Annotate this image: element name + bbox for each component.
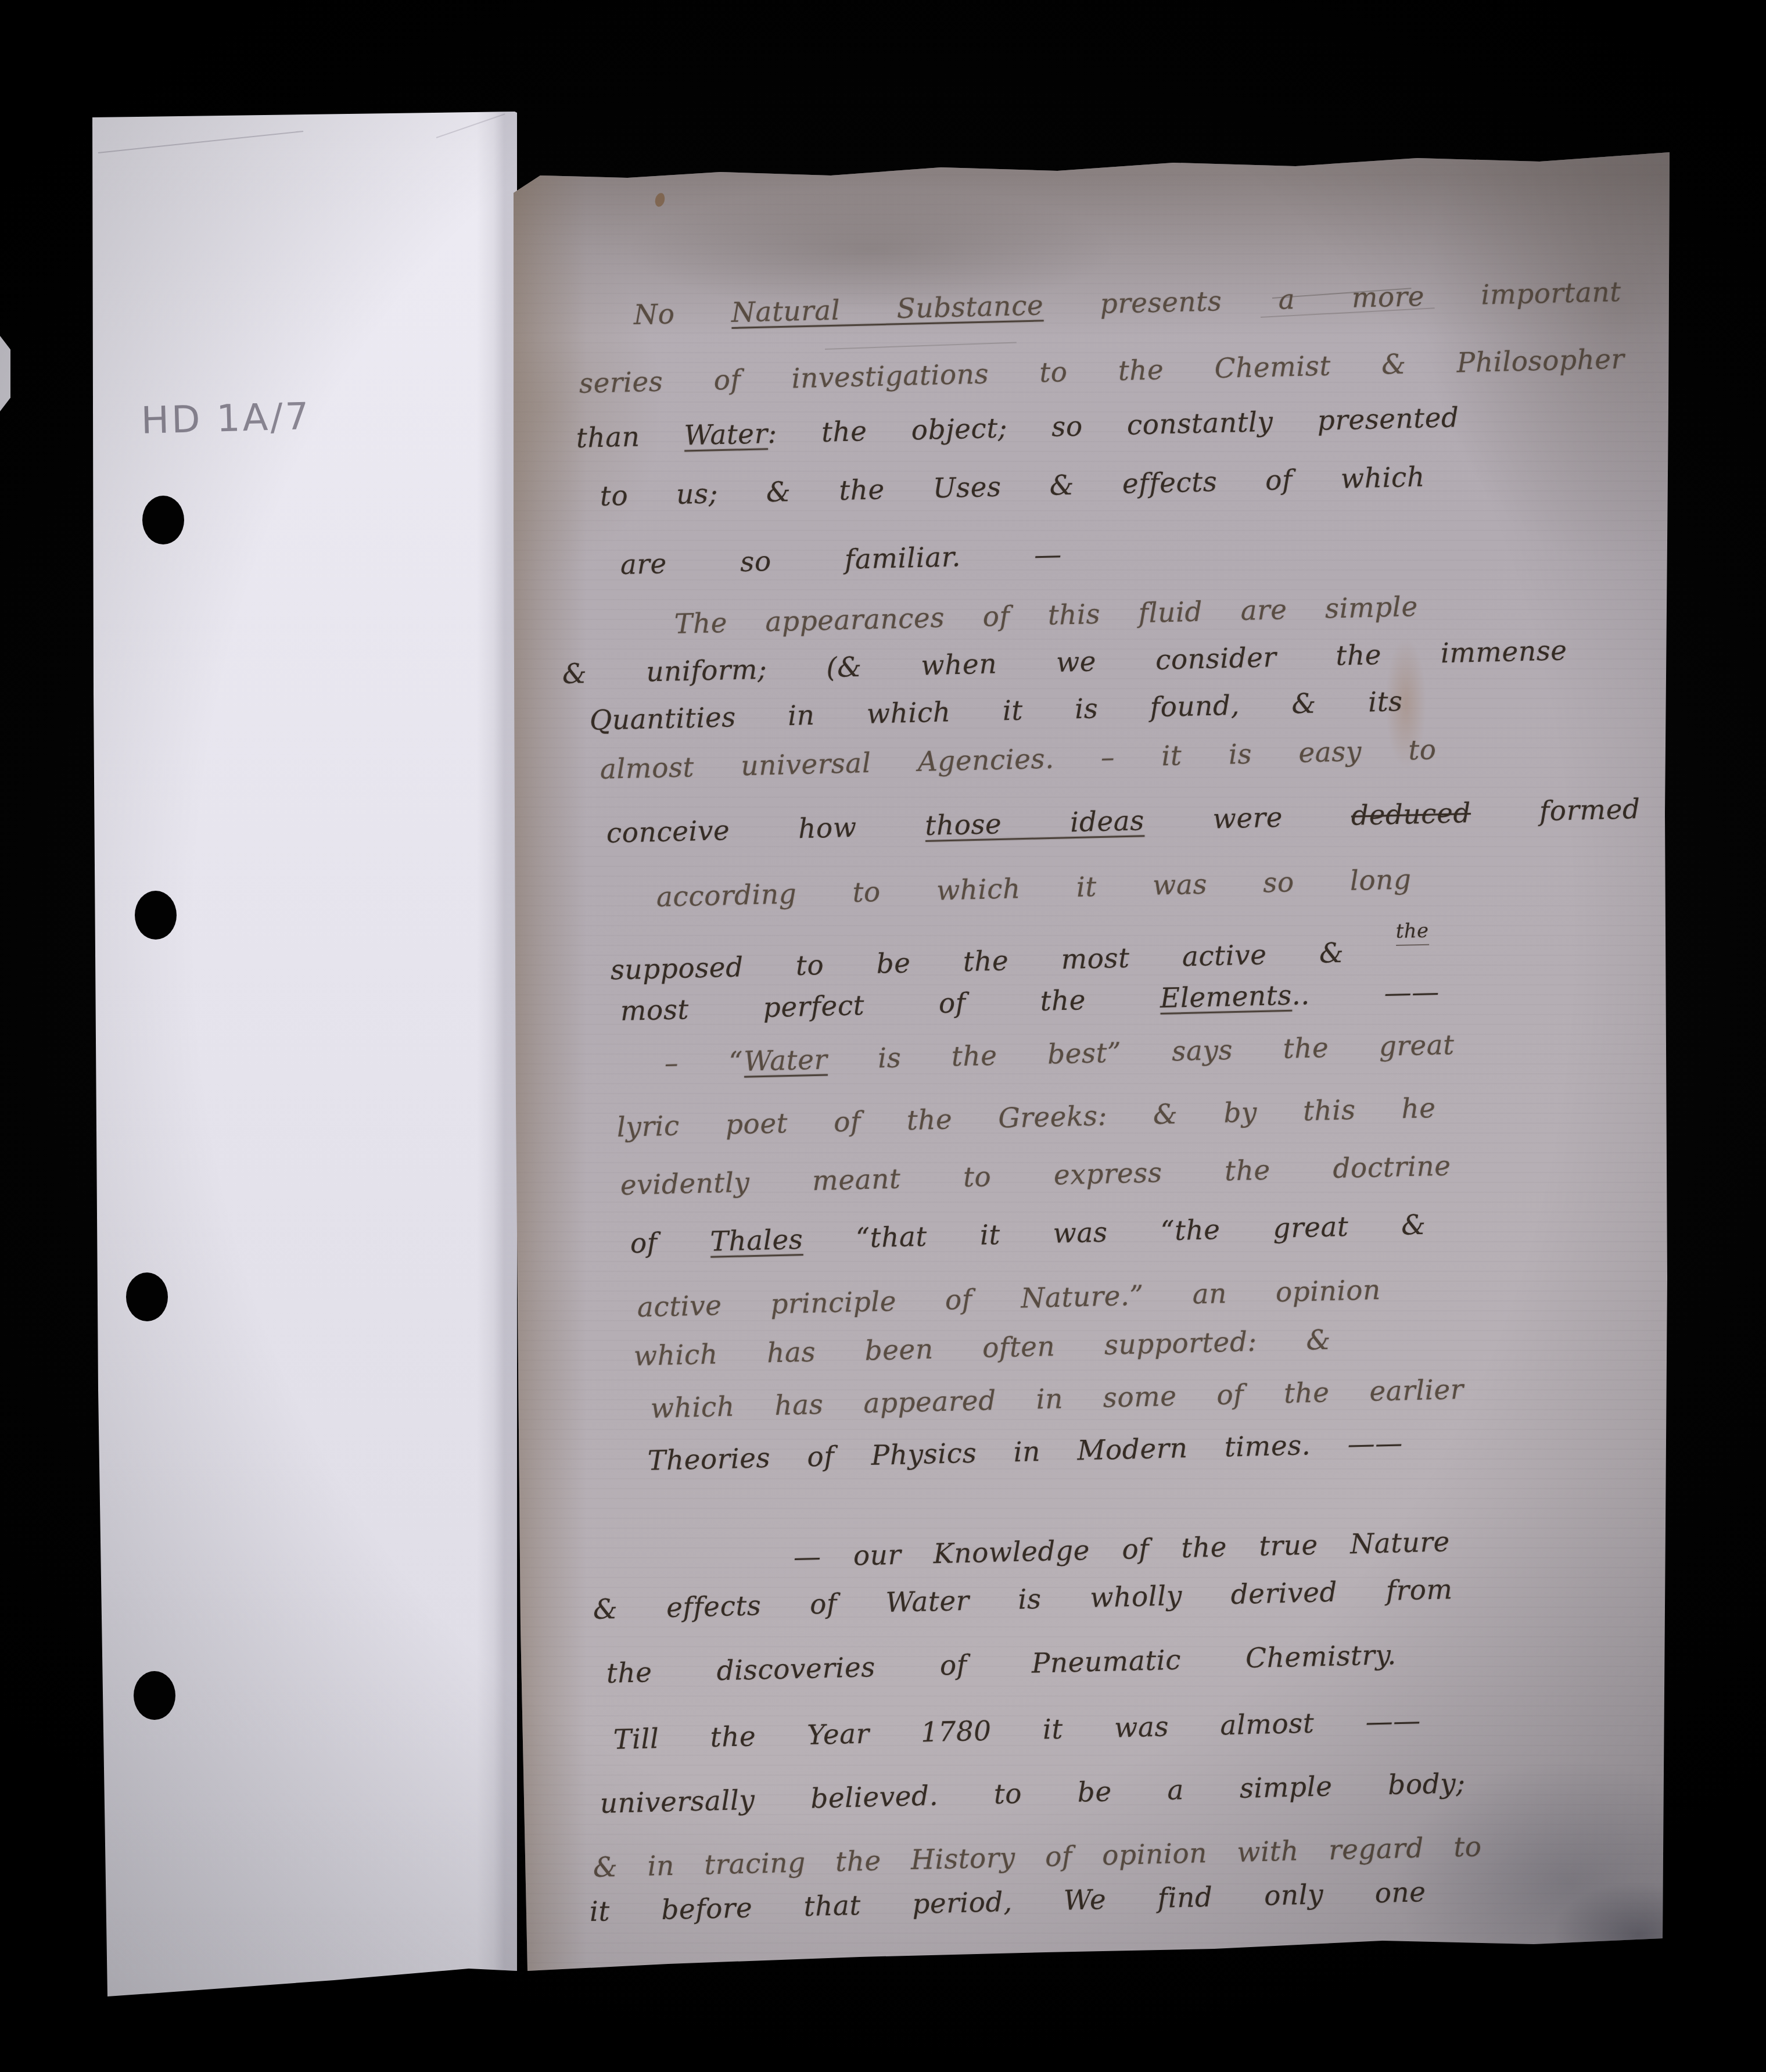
- handwriting-segment: : the object; so constantly presented: [767, 402, 1459, 450]
- handwriting-segment: formed: [1470, 793, 1641, 829]
- handwriting-line: are so familiar. —: [620, 536, 1062, 587]
- handwriting-segment: deduced: [1351, 797, 1471, 832]
- handwriting-segment: almost universal Agencies. – it is easy …: [600, 734, 1437, 786]
- handwriting-segment: were: [1144, 800, 1351, 837]
- handwriting-segment: active principle of Nature.” an opinion: [637, 1274, 1381, 1324]
- handwriting-segment: The appearances of this fluid are simple: [674, 591, 1418, 640]
- handwriting-segment: than: [576, 420, 684, 454]
- handwriting-segment: series of investigations to the Chemist …: [579, 343, 1625, 400]
- handwriting-segment: Till the Year 1780 it was almost ——: [613, 1705, 1421, 1756]
- handwriting-line: evidently meant to express the doctrine: [620, 1147, 1451, 1207]
- handwriting-line: — our Knowledge of the true Nature: [793, 1523, 1450, 1579]
- handwriting-segment: is the best” says the great: [827, 1029, 1455, 1076]
- handwriting-line: Till the Year 1780 it was almost ——: [613, 1702, 1421, 1762]
- handwriting-line: to us; & the Uses & effects of which: [600, 458, 1425, 518]
- handwriting-line: lyric poet of the Greeks: & by this he: [616, 1089, 1436, 1149]
- handwriting-line: conceive how those ideas were deduced fo…: [606, 790, 1641, 855]
- handwriting-line: according to which it was so long: [656, 861, 1412, 919]
- handwriting-segment: conceive how: [606, 810, 925, 849]
- handwriting-segment: universally believed. to be a simple bod…: [600, 1768, 1466, 1820]
- handwriting-line: Theories of Physics in Modern times. ——: [647, 1424, 1403, 1483]
- handwriting-segment: lyric poet of the Greeks: & by this he: [616, 1092, 1436, 1143]
- handwriting-segment: — our Knowledge of the true Nature: [793, 1526, 1450, 1573]
- handwriting-segment: the: [1395, 919, 1429, 946]
- handwriting-line: & effects of Water is wholly derived fro…: [593, 1571, 1453, 1632]
- handwriting-line: – “Water is the best” says the great: [664, 1026, 1455, 1085]
- handwriting-segment: No: [633, 297, 731, 331]
- handwriting-segment: Elements: [1160, 980, 1292, 1015]
- handwriting-segment: & effects of Water is wholly derived fro…: [593, 1573, 1453, 1626]
- handwriting-line: than Water: the object; so constantly pr…: [576, 399, 1459, 460]
- handwriting-segment: which has appeared in some of the earlie…: [650, 1374, 1464, 1425]
- handwriting-line: series of investigations to the Chemist …: [579, 340, 1625, 406]
- handwriting-segment: to us; & the Uses & effects of which: [600, 461, 1425, 512]
- handwriting-segment: the discoveries of Pneumatic Chemistry.: [606, 1639, 1397, 1690]
- handwriting-segment: of: [630, 1226, 710, 1260]
- handwriting-line: of Thales “that it was “the great &: [630, 1206, 1426, 1266]
- handwriting-segment: presents a more important: [1043, 276, 1621, 321]
- handwriting-line: universally believed. to be a simple bod…: [600, 1765, 1466, 1826]
- handwriting-segment: – “: [664, 1046, 744, 1080]
- handwriting-line: the discoveries of Pneumatic Chemistry.: [606, 1636, 1397, 1695]
- handwriting-segment: “that it was “the great &: [803, 1209, 1427, 1256]
- handwriting-segment: Quantities in which it is found, & its: [589, 686, 1403, 737]
- handwriting-segment: Thales: [710, 1224, 803, 1258]
- handwriting-segment: are so familiar. —: [620, 539, 1062, 581]
- handwriting-line: supposed to be the most active & the: [609, 912, 1429, 972]
- handwriting-line: No Natural Substance presents a more imp…: [633, 273, 1621, 337]
- handwriting-line: almost universal Agencies. – it is easy …: [600, 731, 1437, 791]
- handwriting-segment: evidently meant to express the doctrine: [620, 1150, 1451, 1202]
- handwriting-segment: Water: [684, 418, 768, 451]
- handwriting-line: which has been often supported: &: [633, 1321, 1331, 1378]
- photo-stage: HD 1A/7 No Natural Substance presents a …: [0, 0, 1766, 2072]
- handwriting-line: active principle of Nature.” an opinion: [637, 1271, 1381, 1329]
- handwriting-segment: which has been often supported: &: [633, 1324, 1331, 1372]
- handwriting-segment: those ideas: [925, 805, 1145, 842]
- handwriting-segment: Theories of Physics in Modern times. ——: [647, 1427, 1403, 1477]
- handwriting-segment: most perfect of the: [620, 983, 1160, 1027]
- handwriting-segment: .. ——: [1291, 976, 1440, 1012]
- handwriting-segment: Water: [744, 1044, 828, 1077]
- handwriting-layer: No Natural Substance presents a more imp…: [0, 0, 1766, 2072]
- handwriting-segment: according to which it was so long: [656, 863, 1412, 913]
- handwriting-line: which has appeared in some of the earlie…: [650, 1371, 1464, 1431]
- handwriting-segment: Natural Substance: [731, 289, 1044, 329]
